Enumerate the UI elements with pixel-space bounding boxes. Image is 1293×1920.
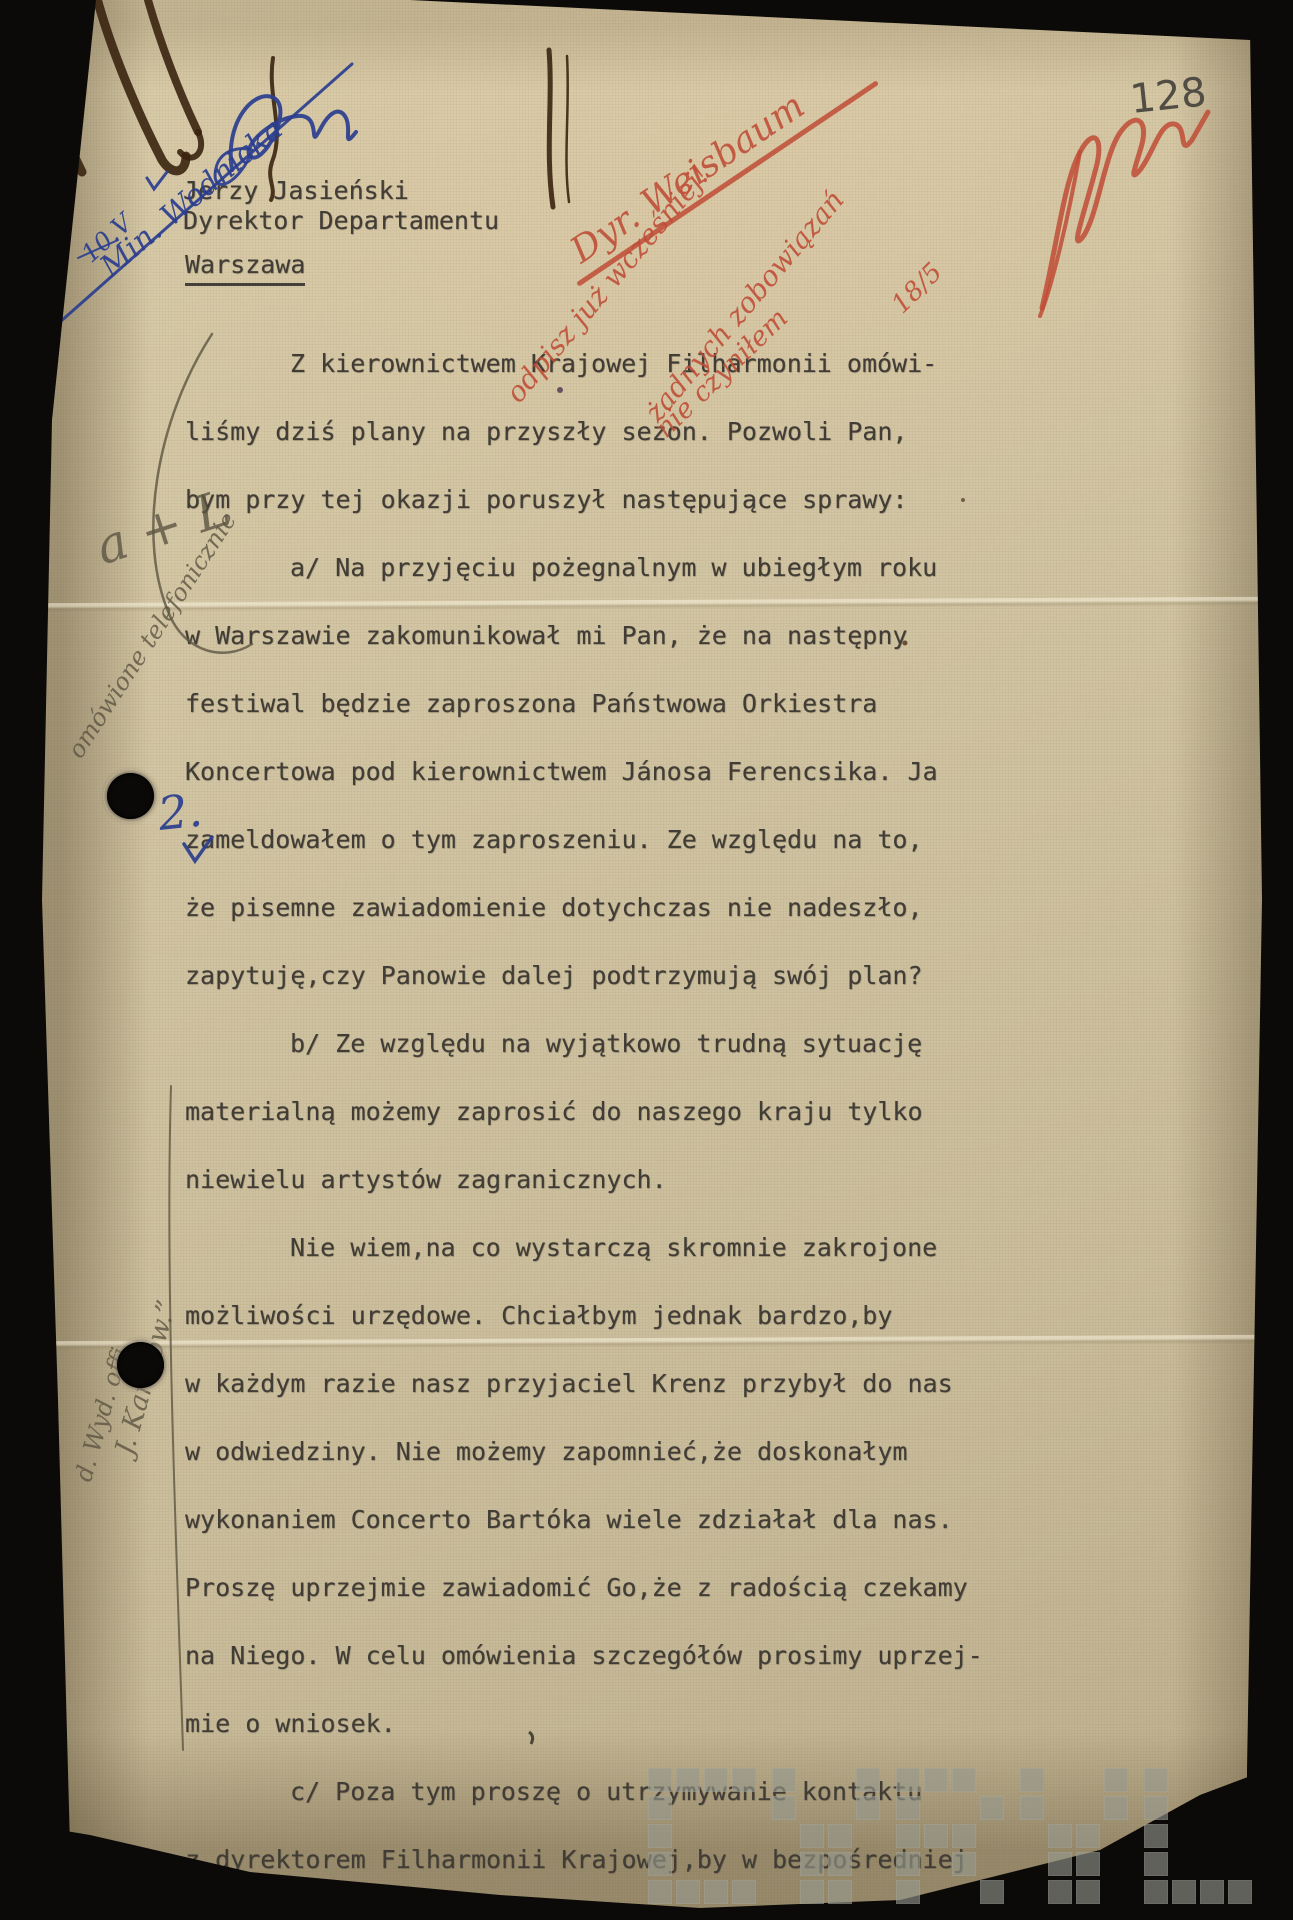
hole-punch-top (107, 773, 154, 819)
hole-punch-bottom (117, 1342, 164, 1388)
typed-line: wykonaniem Concerto Bartóka wiele zdział… (185, 1486, 983, 1554)
typed-line: b/ Ze względu na wyjątkowo trudną sytuac… (185, 1010, 983, 1078)
scanned-document: Jerzy JasieńskiDyrektor Departamentu War… (0, 0, 1293, 1920)
typed-line: niewielu artystów zagranicznych. (185, 1146, 983, 1214)
watermark-letter (648, 1768, 756, 1904)
typed-line: a/ Na przyjęciu pożegnalnym w ubiegłym r… (185, 534, 983, 602)
typed-line: liśmy dziś plany na przyszły sezon. Pozw… (185, 398, 983, 466)
typed-line: Nie wiem,na co wystarczą skromnie zakroj… (185, 1214, 983, 1282)
recipient-name: Jerzy Jasieński (183, 176, 499, 206)
typed-line: Z kierownictwem Krajowej Filharmonii omó… (185, 330, 983, 398)
recipient-block: Jerzy JasieńskiDyrektor Departamentu (183, 176, 499, 236)
typed-line: materialną możemy zaprosić do naszego kr… (185, 1078, 983, 1146)
typed-line: festiwal będzie zaproszona Państwowa Ork… (185, 670, 983, 738)
typed-line: zameldowałem o tym zaproszeniu. Ze wzglę… (185, 806, 983, 874)
typed-line: w odwiedziny. Nie możemy zapomnieć,że do… (185, 1418, 983, 1486)
typed-line: możliwości urzędowe. Chciałbym jednak ba… (185, 1282, 983, 1350)
typed-line: bym przy tej okazji poruszył następujące… (185, 466, 983, 534)
cyryl-watermark (648, 1768, 1252, 1904)
typed-line: na Niego. W celu omówienia szczegółów pr… (185, 1622, 983, 1690)
watermark-letter (896, 1768, 1004, 1904)
watermark-letter (1020, 1768, 1128, 1904)
typed-line: w Warszawie zakomunikował mi Pan, że na … (185, 602, 983, 670)
watermark-letter (1144, 1768, 1252, 1904)
recipient-title: Dyrektor Departamentu (183, 206, 499, 236)
typed-line: mie o wniosek. (185, 1690, 983, 1758)
typed-line: zapytuję,czy Panowie dalej podtrzymują s… (185, 942, 983, 1010)
typed-line: że pisemne zawiadomienie dotychczas nie … (185, 874, 983, 942)
typed-line: w każdym razie nasz przyjaciel Krenz prz… (185, 1350, 983, 1418)
typed-line: Koncertowa pod kierownictwem Jánosa Fere… (185, 738, 983, 806)
typed-line: Proszę uprzejmie zawiadomić Go,że z rado… (185, 1554, 983, 1622)
recipient-city: Warszawa (185, 250, 305, 286)
typed-body: Z kierownictwem Krajowej Filharmonii omó… (185, 330, 983, 1894)
watermark-letter (772, 1768, 880, 1904)
